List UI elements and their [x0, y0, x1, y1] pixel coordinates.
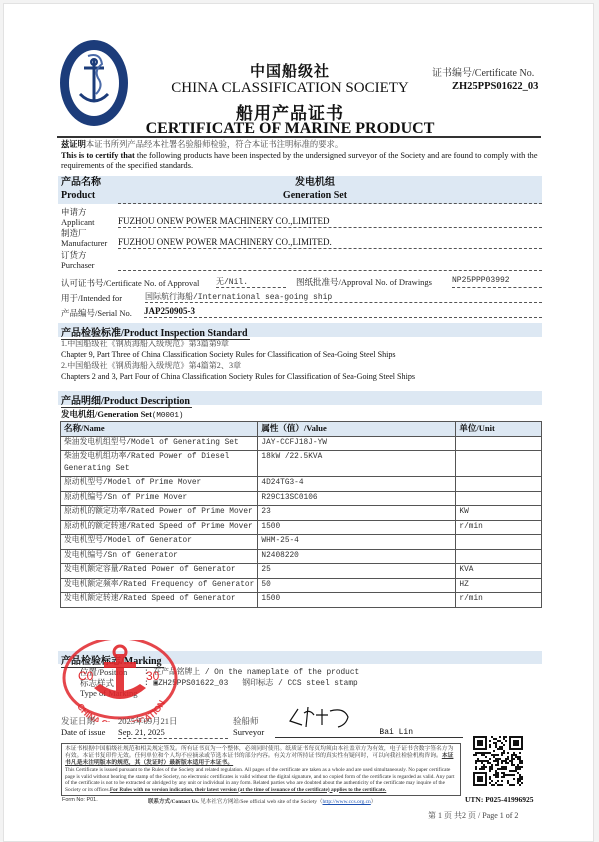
cell-name: 发电机额定频率/Rated Frequency of Generator — [61, 578, 258, 593]
table-row: 发电机型号/Model of GeneratorWHM-25-4 — [61, 535, 542, 550]
cell-name: 发电机编号/Sn of Generator — [61, 549, 258, 564]
cell-value: 18kW /22.5KVA — [258, 451, 456, 477]
issue-date-en: Sep. 21, 2025 — [118, 727, 228, 739]
table-row: 柴油发电机组型号/Model of Generating SetJAY-CCFJ… — [61, 436, 542, 451]
intended-label: 用于/Intended for — [61, 293, 122, 303]
cell-name: 原动机编号/Sn of Prime Mover — [61, 491, 258, 506]
product-label-en: Product — [61, 190, 101, 203]
page-indicator: 第 1 页 共2 页 / Page 1 of 2 — [428, 810, 518, 821]
cell-value: R29C13SC0106 — [258, 491, 456, 506]
society-name-en: CHINA CLASSIFICATION SOCIETY — [150, 80, 430, 97]
product-value: 发电机组 Generation Set — [250, 177, 380, 202]
table-row: 发电机编号/Sn of GeneratorN2408220 — [61, 549, 542, 564]
cell-unit: r/min — [456, 520, 542, 535]
product-value-en: Generation Set — [250, 190, 380, 203]
cell-name: 发电机额定容量/Rated Power of Generator — [61, 564, 258, 579]
intended-value: 国际航行海船/International sea-going ship — [145, 291, 542, 303]
contact-text: 见本社官方网站/See official web site of the Soc… — [200, 799, 322, 805]
cell-unit: r/min — [456, 593, 542, 608]
ccs-red-seal-icon: CHINA CLASSIFICATION SOCIETY C0 30 — [60, 640, 180, 722]
cell-unit — [456, 535, 542, 550]
cell-name: 原动机型号/Model of Prime Mover — [61, 477, 258, 492]
serial-value: JAP250905-3 — [144, 306, 542, 318]
issue-date-label-cn: 发证日期 — [61, 716, 105, 727]
footer-notice: 本证书根据中国船级社规范和相关规定签发。所有证书页为一个整体，必须同时使用。纸质… — [61, 743, 461, 796]
cell-value: 50 — [258, 578, 456, 593]
cell-name: 柴油发电机组型号/Model of Generating Set — [61, 436, 258, 451]
table-header-row: 名称/Name 属性（值）/Value 单位/Unit — [61, 422, 542, 437]
contact-line: 联系方式/Contact Us. 见本社官方网站/See official we… — [148, 797, 376, 805]
marking-position-text: 在产品铭牌上 / On the nameplate of the product — [153, 669, 359, 677]
manufacturer-label-cn: 制造厂 — [61, 228, 107, 238]
description-subtitle: 发电机组/Generation Set(M0001) — [61, 408, 183, 420]
issue-date: 2025年09月21日 Sep. 21, 2025 — [118, 716, 228, 739]
table-row: 原动机的额定功率/Rated Power of Prime Mover23KW — [61, 506, 542, 521]
cell-value: N2408220 — [258, 549, 456, 564]
purchaser-label-cn: 订货方 — [61, 250, 95, 260]
cell-value: JAY-CCFJ18J-YW — [258, 436, 456, 451]
contact-label: 联系方式/Contact Us. — [148, 799, 199, 805]
cell-unit — [456, 436, 542, 451]
header-unit: 单位/Unit — [456, 422, 542, 437]
surveyor-signature-icon — [288, 703, 358, 729]
ccs-logo-icon — [58, 38, 130, 128]
table-row: 原动机编号/Sn of Prime MoverR29C13SC0106 — [61, 491, 542, 506]
cell-unit — [456, 549, 542, 564]
intro-cn-bold: 兹证明 — [61, 140, 86, 149]
manufacturer-value: FUZHOU ONEW POWER MACHINERY CO.,LIMITED. — [118, 237, 542, 249]
header-divider — [57, 136, 541, 138]
approval-cert-label: 认可证书号/Certificate No. of Approval — [61, 278, 199, 288]
cell-name: 原动机的额定转速/Rated Speed of Prime Mover — [61, 520, 258, 535]
applicant-label-en: Applicant — [61, 217, 95, 227]
drawings-label: 图纸批准号/Approval No. of Drawings — [296, 277, 432, 287]
cell-value: 25 — [258, 564, 456, 579]
product-label-cn: 产品名称 — [61, 177, 101, 190]
cell-unit: HZ — [456, 578, 542, 593]
cell-value: 1500 — [258, 593, 456, 608]
product-label: 产品名称 Product — [61, 177, 101, 202]
purchaser-value — [118, 259, 542, 271]
product-value-cn: 发电机组 — [250, 177, 380, 190]
table-row: 柴油发电机组功率/Rated Power of Diesel Generatin… — [61, 451, 542, 477]
intro-cn-text: 本证书所列产品经本社署名验船师检验，符合本证书注明标准的要求。 — [86, 140, 343, 149]
cell-name: 发电机型号/Model of Generator — [61, 535, 258, 550]
marking-type-text: ZH25PPS01622_03 钢印标志 / CCS steel stamp — [158, 680, 358, 688]
cell-value: 23 — [258, 506, 456, 521]
standard-line-4: Chapters 2 and 3, Part Four of China Cla… — [61, 371, 415, 382]
cell-unit — [456, 451, 542, 477]
standard-line-3: 2.中国船级社《钢质海船入级规范》第4篇第2、3章 — [61, 360, 241, 371]
manufacturer-label: 制造厂 Manufacturer — [61, 228, 107, 248]
svg-text:C0: C0 — [78, 669, 94, 683]
manufacturer-label-en: Manufacturer — [61, 238, 107, 248]
footer-cn-text: 本证书根据中国船级社规范和相关规定签发。所有证书页为一个整体，必须同时使用。纸质… — [65, 746, 453, 759]
table-row: 发电机额定频率/Rated Frequency of Generator50HZ — [61, 578, 542, 593]
cell-unit — [456, 491, 542, 506]
header-value: 属性（值）/Value — [258, 422, 456, 437]
cell-unit: KVA — [456, 564, 542, 579]
table-row: 原动机的额定转速/Rated Speed of Prime Mover1500r… — [61, 520, 542, 535]
description-subtitle-code: (M0001) — [152, 412, 184, 420]
purchaser-label: 订货方 Purchaser — [61, 250, 95, 270]
utn-number: UTN: P025-41996925 — [465, 795, 534, 804]
ccs-website-link[interactable]: http://www.ccs.org.cn — [323, 799, 371, 805]
surveyor-label: 验船师 Surveyor — [233, 716, 264, 738]
cell-name: 原动机的额定功率/Rated Power of Prime Mover — [61, 506, 258, 521]
intro-en-bold: This is to certify that — [61, 151, 135, 160]
purchaser-label-en: Purchaser — [61, 260, 95, 270]
table-row: 发电机额定容量/Rated Power of Generator25KVA — [61, 564, 542, 579]
intro-statement: 兹证明本证书所列产品经本社署名验船师检验，符合本证书注明标准的要求。 This … — [61, 140, 541, 172]
surveyor-name: Bai Lin — [275, 728, 463, 738]
certificate-no: ZH25PPS01622_03 — [452, 81, 538, 92]
applicant-label: 申请方 Applicant — [61, 207, 95, 227]
issue-date-cn: 2025年09月21日 — [118, 716, 228, 727]
applicant-label-cn: 申请方 — [61, 207, 95, 217]
contact-end: ） — [371, 799, 377, 805]
issue-date-label-en: Date of issue — [61, 727, 105, 738]
svg-text:30: 30 — [146, 669, 160, 683]
product-underline — [118, 203, 542, 204]
table-row: 原动机型号/Model of Prime Mover4D24TG3-4 — [61, 477, 542, 492]
description-subtitle-text: 发电机组/Generation Set — [61, 409, 152, 419]
surveyor-label-cn: 验船师 — [233, 716, 264, 727]
cell-unit: KW — [456, 506, 542, 521]
table-row: 发电机额定转速/Rated Speed of Generator1500r/mi… — [61, 593, 542, 608]
cell-value: 1500 — [258, 520, 456, 535]
issue-date-label: 发证日期 Date of issue — [61, 716, 105, 738]
surveyor-label-en: Surveyor — [233, 727, 264, 738]
cell-name: 发电机额定转速/Rated Speed of Generator — [61, 593, 258, 608]
cell-name: 柴油发电机组功率/Rated Power of Diesel Generatin… — [61, 451, 258, 477]
standard-line-2: Chapter 9, Part Three of China Classific… — [61, 349, 396, 360]
form-number: Form No: P01. — [62, 797, 98, 803]
description-title-text: 产品明细/Product Description — [61, 396, 192, 408]
certificate-no-label: 证书编号/Certificate No. — [432, 64, 534, 79]
drawings-value: NP25PPP03992 — [452, 276, 542, 288]
footer-en-bold: For Rules with no version indication, th… — [110, 787, 386, 793]
applicant-value: FUZHOU ONEW POWER MACHINERY CO.,LIMITED — [118, 216, 542, 228]
cell-value: WHM-25-4 — [258, 535, 456, 550]
header-name: 名称/Name — [61, 422, 258, 437]
society-name-cn: 中国船级社 — [150, 60, 430, 81]
description-title: 产品明细/Product Description — [61, 391, 192, 409]
qr-code-icon[interactable] — [473, 736, 523, 786]
product-description-table: 名称/Name 属性（值）/Value 单位/Unit 柴油发电机组型号/Mod… — [60, 421, 542, 608]
cell-value: 4D24TG3-4 — [258, 477, 456, 492]
standard-line-1: 1.中国船级社《钢质海船入级规范》第3篇第9章 — [61, 338, 229, 349]
cell-unit — [456, 477, 542, 492]
approval-cert-value: 无/Nil. — [216, 276, 286, 288]
serial-label: 产品编号/Serial No. — [61, 308, 132, 318]
